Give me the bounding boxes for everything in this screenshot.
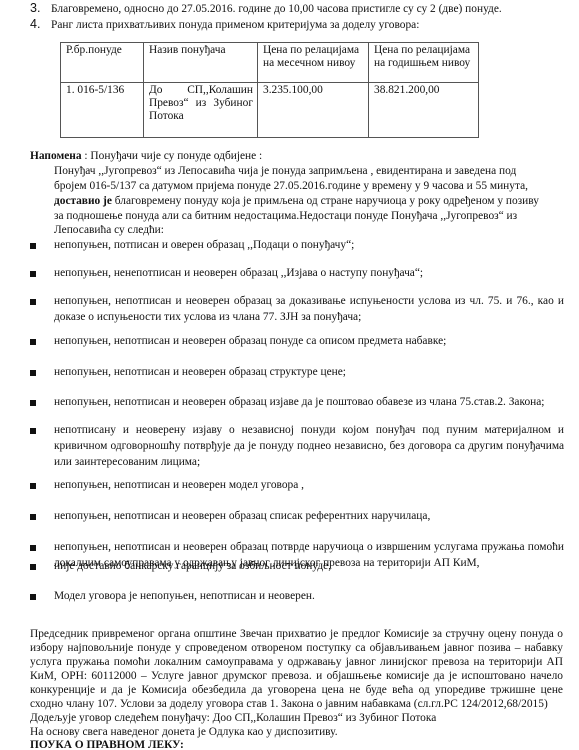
legal-remedy-heading: ПОУКА О ПРАВНОМ ЛЕКУ:: [30, 738, 184, 750]
note-label: Напомена: [30, 150, 82, 162]
item-text-4: Ранг листа прихватљивих понуда применом …: [51, 19, 419, 31]
decision-award-line: Додељује уговор следећем понуђачу: Доо С…: [30, 711, 436, 725]
item-text-3: Благовремено, односно до 27.05.2016. год…: [51, 3, 502, 15]
bullet-icon: [30, 339, 36, 345]
decision-line-3: услуга пружања помоћи локалним самоуправ…: [30, 655, 563, 669]
table-cell-yearly-price: 38.821.200,00: [369, 83, 479, 138]
list-item: непопуњен, непотписан и неоверен образац…: [54, 394, 564, 410]
table-header-cell: Р.бр.понуде: [61, 43, 144, 83]
table-cell-monthly-price: 3.235.100,00: [258, 83, 369, 138]
list-item: непопуњен, непотписан и неоверен образац…: [54, 364, 564, 380]
decision-line-2: избору најповољније понуде у спроведеном…: [30, 641, 563, 655]
ranking-table: Р.бр.понуде Назив понуђача Цена по релац…: [60, 42, 479, 138]
bullet-icon: [30, 299, 36, 305]
list-item: није доставио банкарску гаранцију за озб…: [54, 558, 564, 574]
note-para-line-2: бројем 016-5/137 са датумом пријема пону…: [54, 180, 528, 192]
list-item: непопуњен, непотписан и неоверен образац…: [54, 293, 564, 325]
note-heading: Напомена : Понуђачи чије су понуде одбиј…: [30, 150, 262, 162]
table-header-cell: Назив понуђача: [144, 43, 258, 83]
list-item: непопуњен, непотписан и неоверен образац…: [54, 333, 564, 349]
note-bold-phrase: достaвио је: [54, 195, 112, 207]
list-item: Модел уговора је непопуњен, непотписан и…: [54, 588, 564, 604]
list-item: непопуњен, непотписан и неоверен образац…: [54, 508, 564, 524]
table-cell-bidder-name: До СП,,Колашин Превоз“ из Зубиног Потока: [144, 83, 258, 138]
note-para-line-4: за подношење понуда али са битним недост…: [54, 210, 517, 222]
note-para-line-1: Понуђач ,,Југопревоз“ из Лепосавића чија…: [54, 165, 516, 177]
note-para-rest: благовремену понуду која је примљена од …: [112, 195, 539, 207]
table-row: 1. 016-5/136 До СП,,Колашин Превоз“ из З…: [61, 83, 479, 138]
note-para-line-3: достaвио је благовремену понуду која је …: [54, 195, 539, 207]
bullet-icon: [30, 514, 36, 520]
list-item: непопуњен, ненепотписан и неоверен образ…: [54, 265, 564, 281]
table-header-cell: Цена по релацијама на месечном нивоу: [258, 43, 369, 83]
bullet-icon: [30, 483, 36, 489]
list-item: непопуњен, непотписан и неоверен модел у…: [54, 477, 564, 493]
bullet-icon: [30, 428, 36, 434]
table-header-row: Р.бр.понуде Назив понуђача Цена по релац…: [61, 43, 479, 83]
item-number-4: 4.: [30, 17, 40, 31]
bullet-icon: [30, 564, 36, 570]
note-para-line-5: Лепосавића су следћи:: [54, 224, 164, 236]
table-cell-offer-number: 1. 016-5/136: [61, 83, 144, 138]
bullet-icon: [30, 243, 36, 249]
list-item: непотписану и неоверену изјаву о независ…: [54, 422, 564, 470]
bullet-icon: [30, 545, 36, 551]
bullet-icon: [30, 271, 36, 277]
list-item: непопуњен, потписан и оверен образац ,,П…: [54, 237, 564, 253]
decision-line-4: КиМ, ОРН: 60112000 – Услуге јавног друмс…: [30, 669, 563, 683]
decision-line-5: конкуренције и да је Комисија обезбедила…: [30, 683, 563, 697]
table-header-cell: Цена по релацијама на годишњем нивоу: [369, 43, 479, 83]
bullet-icon: [30, 400, 36, 406]
item-number-3: 3.: [30, 1, 40, 15]
decision-law-line: сходно члану 107. Услови за доделу угово…: [30, 697, 548, 711]
decision-basis-line: На основу свега наведеног донета је Одлу…: [30, 725, 338, 739]
bullet-icon: [30, 594, 36, 600]
decision-line-1: Председник привременог органа општине Зв…: [30, 627, 563, 641]
note-intro: : Понуђачи чије су понуде одбијене :: [82, 150, 263, 162]
bullet-icon: [30, 370, 36, 376]
